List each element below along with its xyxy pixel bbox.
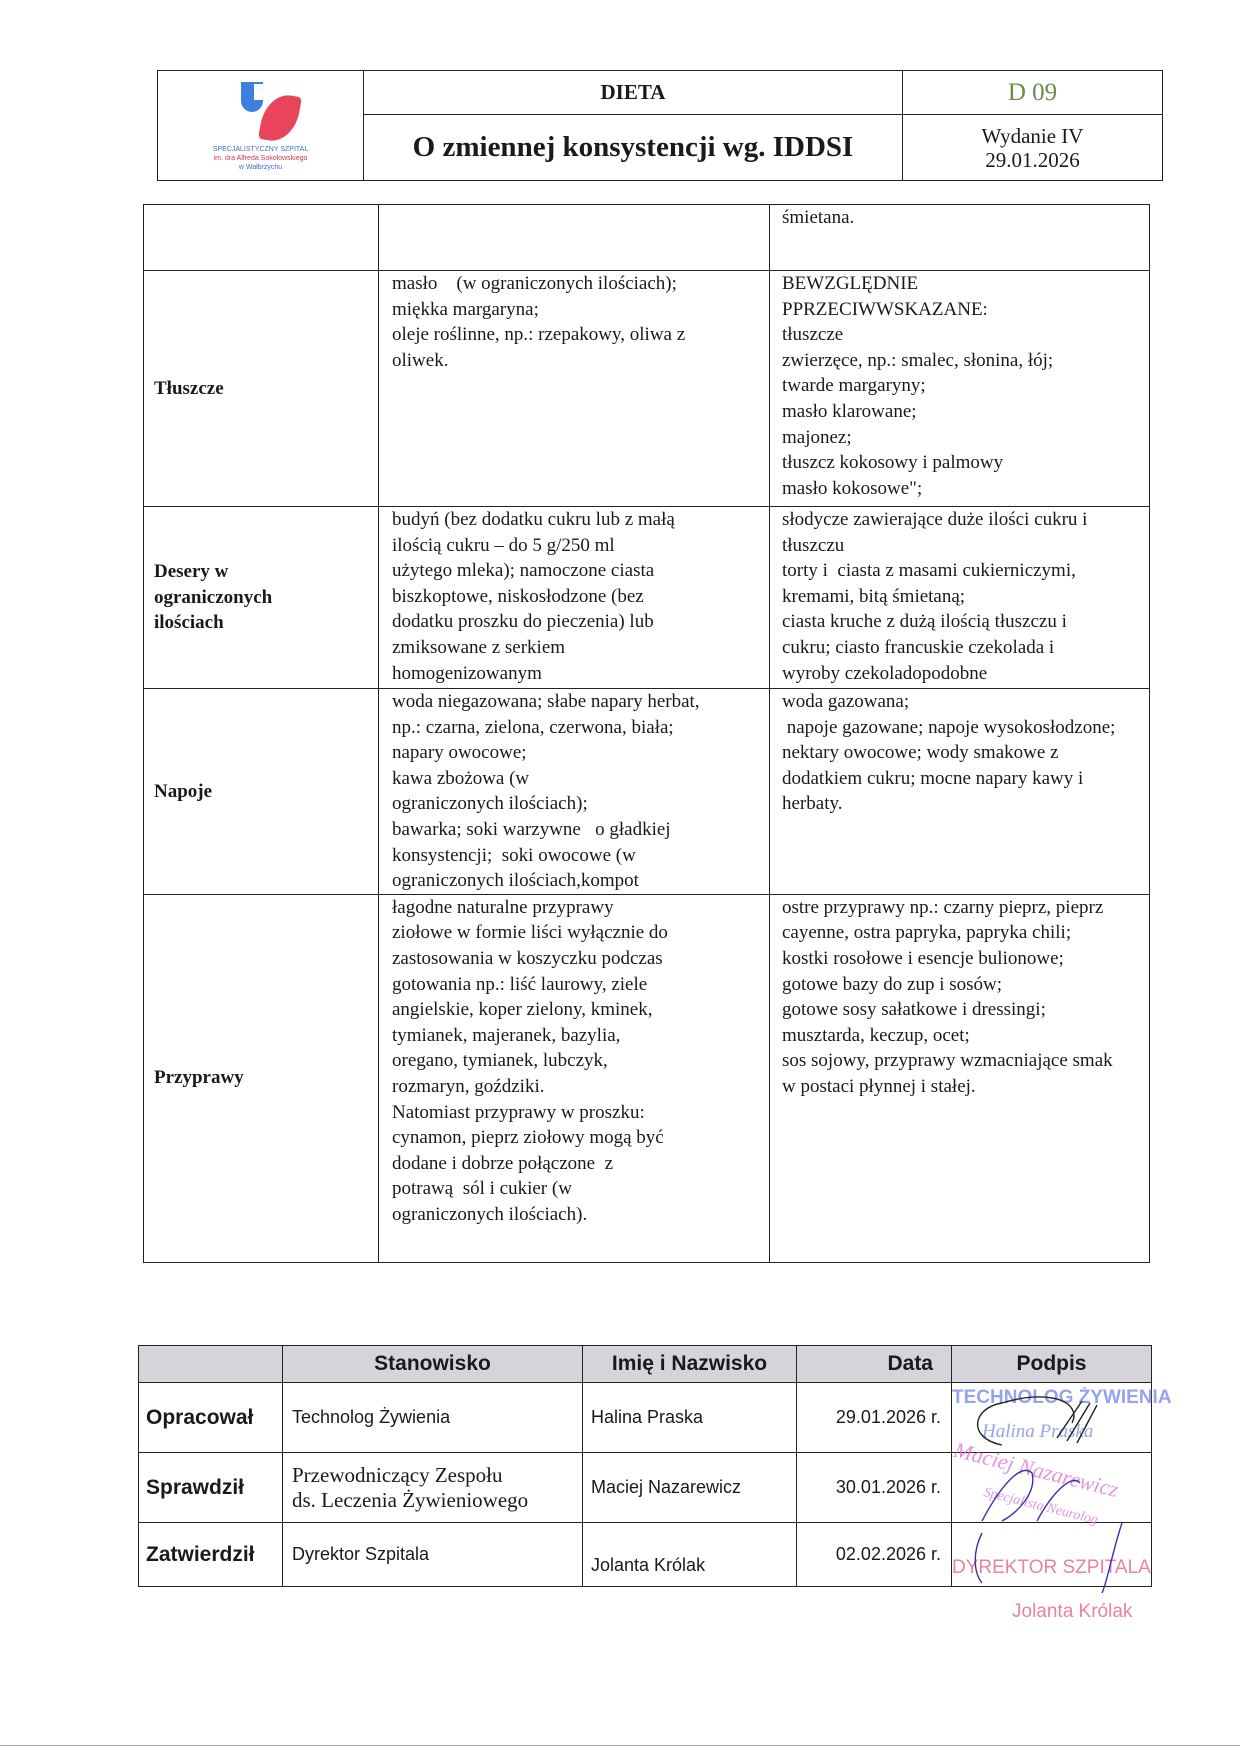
food-category: Przyprawy bbox=[144, 894, 379, 1262]
document-title: O zmiennej konsystencji wg. IDDSI bbox=[364, 115, 903, 181]
recommended-foods bbox=[379, 205, 770, 271]
text-line: masło (w ograniczonych ilościach); bbox=[392, 271, 769, 297]
text-line: tłuszcze bbox=[782, 322, 1143, 348]
text-line: gotowe sosy sałatkowe i dressingi; bbox=[782, 997, 1143, 1023]
text-line: oliwek. bbox=[392, 348, 769, 374]
text-line: cukru; ciasto francuskie czekolada i bbox=[782, 635, 1143, 661]
document-code: D 09 bbox=[903, 71, 1163, 115]
text-line: cayenne, ostra papryka, papryka chili; bbox=[782, 920, 1143, 946]
approver-position: Dyrektor Szpitala bbox=[283, 1523, 583, 1587]
text-line: twarde margaryny; bbox=[782, 373, 1143, 399]
text-line: zwierzęce, np.: smalec, słonina, łój; bbox=[782, 348, 1143, 374]
text-line: torty i ciasta z masami cukierniczymi, bbox=[782, 558, 1143, 584]
text-line: rozmaryn, goździki. bbox=[392, 1074, 769, 1100]
text-line: kawa zbożowa (w bbox=[392, 766, 769, 792]
text-line: ostre przyprawy np.: czarny pieprz, piep… bbox=[782, 895, 1143, 921]
text-line: kostki rosołowe i esencje bulionowe; bbox=[782, 946, 1143, 972]
text-line: sos sojowy, przyprawy wzmacniające smak bbox=[782, 1048, 1143, 1074]
column-header: Podpis bbox=[952, 1346, 1152, 1383]
text-line: woda niegazowana; słabe napary herbat, bbox=[392, 689, 769, 715]
text-line: gotowe bazy do zup i sosów; bbox=[782, 972, 1143, 998]
signature-stamp: DYREKTOR SZPITALAJolanta Królak bbox=[952, 1523, 1152, 1587]
recommended-foods: woda niegazowana; słabe napary herbat,np… bbox=[379, 689, 770, 895]
text-line: wyroby czekoladopodobne bbox=[782, 661, 1143, 687]
column-header: Stanowisko bbox=[283, 1346, 583, 1383]
food-category bbox=[144, 205, 379, 271]
category-line: Przyprawy bbox=[154, 1065, 368, 1091]
text-line: gotowania np.: liść laurowy, ziele bbox=[392, 972, 769, 998]
category-line: Tłuszcze bbox=[154, 376, 368, 402]
document-header: SPECJALISTYCZNY SZPITAL im. dra Alfreda … bbox=[157, 70, 1163, 181]
handwritten-signature-icon bbox=[962, 1453, 1142, 1523]
approval-row: OpracowałTechnolog ŻywieniaHalina Praska… bbox=[139, 1383, 1152, 1453]
text-line: tłuszcz kokosowy i palmowy bbox=[782, 450, 1143, 476]
text-line: ograniczonych ilościach); bbox=[392, 791, 769, 817]
text-line: śmietana. bbox=[782, 205, 1143, 231]
contraindicated-foods: śmietana. bbox=[770, 205, 1150, 271]
text-line: słodycze zawierające duże ilości cukru i bbox=[782, 507, 1143, 533]
approval-date: 29.01.2026 r. bbox=[797, 1383, 952, 1453]
approver-position: Przewodniczący Zespołuds. Leczenia Żywie… bbox=[283, 1453, 583, 1523]
contraindicated-foods: BEWZGLĘDNIEPPRZECIWWSKAZANE:tłuszczezwie… bbox=[770, 271, 1150, 507]
diet-table: śmietana.Tłuszczemasło (w ograniczonych … bbox=[143, 204, 1150, 1263]
text-line: ilością cukru – do 5 g/250 ml bbox=[392, 533, 769, 559]
edition-label: Wydanie IV bbox=[903, 124, 1162, 148]
category-line: ilościach bbox=[154, 610, 368, 636]
food-category: Desery wograniczonychilościach bbox=[144, 507, 379, 689]
contraindicated-foods: słodycze zawierające duże ilości cukru i… bbox=[770, 507, 1150, 689]
logo-cell: SPECJALISTYCZNY SZPITAL im. dra Alfreda … bbox=[158, 71, 364, 181]
approver-name: Jolanta Królak bbox=[583, 1523, 797, 1587]
text-line: tymianek, majeranek, bazylia, bbox=[392, 1023, 769, 1049]
text-line: zastosowania w koszyczku podczas bbox=[392, 946, 769, 972]
category-line: ograniczonych bbox=[154, 585, 368, 611]
approver-position: Technolog Żywienia bbox=[283, 1383, 583, 1453]
category-line: Desery w bbox=[154, 559, 368, 585]
logo-line-1: SPECJALISTYCZNY SZPITAL bbox=[166, 146, 356, 153]
text-line: musztarda, keczup, ocet; bbox=[782, 1023, 1143, 1049]
food-category: Tłuszcze bbox=[144, 271, 379, 507]
handwritten-signature-icon bbox=[962, 1523, 1142, 1593]
text-line: PPRZECIWWSKAZANE: bbox=[782, 297, 1143, 323]
diet-row: Napojewoda niegazowana; słabe napary her… bbox=[144, 689, 1150, 895]
column-header bbox=[139, 1346, 283, 1383]
text-line: dodatku proszku do pieczenia) lub bbox=[392, 609, 769, 635]
approval-role: Opracował bbox=[139, 1383, 283, 1453]
column-header: Imię i Nazwisko bbox=[583, 1346, 797, 1383]
contraindicated-foods: ostre przyprawy np.: czarny pieprz, piep… bbox=[770, 894, 1150, 1262]
text-line: nektary owocowe; wody smakowe z bbox=[782, 740, 1143, 766]
diet-row: Tłuszczemasło (w ograniczonych ilościach… bbox=[144, 271, 1150, 507]
text-line: np.: czarna, zielona, czerwona, biała; bbox=[392, 715, 769, 741]
approver-name: Halina Praska bbox=[583, 1383, 797, 1453]
edition-info: Wydanie IV 29.01.2026 bbox=[903, 115, 1163, 181]
text-line: homogenizowanym bbox=[392, 661, 769, 687]
text-line: potrawą sól i cukier (w bbox=[392, 1176, 769, 1202]
recommended-foods: masło (w ograniczonych ilościach);miękka… bbox=[379, 271, 770, 507]
text-line: BEWZGLĘDNIE bbox=[782, 271, 1143, 297]
recommended-foods: łagodne naturalne przyprawyziołowe w for… bbox=[379, 894, 770, 1262]
text-line: woda gazowana; bbox=[782, 689, 1143, 715]
text-line: użytego mleka); namoczone ciasta bbox=[392, 558, 769, 584]
contraindicated-foods: woda gazowana; napoje gazowane; napoje w… bbox=[770, 689, 1150, 895]
approval-row: ZatwierdziłDyrektor SzpitalaJolanta Król… bbox=[139, 1523, 1152, 1587]
category-line: Napoje bbox=[154, 779, 368, 805]
approval-date: 30.01.2026 r. bbox=[797, 1453, 952, 1523]
text-line: cynamon, pieprz ziołowy mogą być bbox=[392, 1125, 769, 1151]
text-line: ograniczonych ilościach,kompot bbox=[392, 868, 769, 894]
text-line: tłuszczu bbox=[782, 533, 1143, 559]
text-line: bawarka; soki warzywne o gładkiej bbox=[392, 817, 769, 843]
logo-line-2: im. dra Alfreda Sokołowskiego bbox=[166, 155, 356, 162]
text-line: biszkoptowe, niskosłodzone (bez bbox=[392, 584, 769, 610]
hospital-logo-icon: SPECJALISTYCZNY SZPITAL im. dra Alfreda … bbox=[166, 76, 356, 176]
text-line: miękka margaryna; bbox=[392, 297, 769, 323]
stamp-text: Jolanta Królak bbox=[1012, 1601, 1132, 1623]
diet-row: Desery wograniczonychilościachbudyń (bez… bbox=[144, 507, 1150, 689]
text-line: kremami, bitą śmietaną; bbox=[782, 584, 1143, 610]
text-line: dodane i dobrze połączone z bbox=[392, 1151, 769, 1177]
text-line: napary owocowe; bbox=[392, 740, 769, 766]
text-line: napoje gazowane; napoje wysokosłodzone; bbox=[782, 715, 1143, 741]
diet-row: śmietana. bbox=[144, 205, 1150, 271]
approval-table: StanowiskoImię i NazwiskoDataPodpis Opra… bbox=[138, 1345, 1152, 1587]
text-line: konsystencji; soki owocowe (w bbox=[392, 843, 769, 869]
logo-line-3: w Wałbrzychu bbox=[166, 164, 356, 171]
text-line: Natomiast przyprawy w proszku: bbox=[392, 1100, 769, 1126]
text-line: ziołowe w formie liści wyłącznie do bbox=[392, 920, 769, 946]
recommended-foods: budyń (bez dodatku cukru lub z małąilośc… bbox=[379, 507, 770, 689]
signature-stamp: Maciej NazarewiczSpecjalista Neurolog bbox=[952, 1453, 1152, 1523]
edition-date: 29.01.2026 bbox=[903, 148, 1162, 172]
text-line: budyń (bez dodatku cukru lub z małą bbox=[392, 507, 769, 533]
approval-date: 02.02.2026 r. bbox=[797, 1523, 952, 1587]
handwritten-signature-icon bbox=[962, 1383, 1142, 1453]
text-line: oregano, tymianek, lubczyk, bbox=[392, 1048, 769, 1074]
text-line: herbaty. bbox=[782, 791, 1143, 817]
text-line: zmiksowane z serkiem bbox=[392, 635, 769, 661]
text-line: masło klarowane; bbox=[782, 399, 1143, 425]
text-line: dodatkiem cukru; mocne napary kawy i bbox=[782, 766, 1143, 792]
text-line: w postaci płynnej i stałej. bbox=[782, 1074, 1143, 1100]
approval-role: Sprawdził bbox=[139, 1453, 283, 1523]
approval-row: SprawdziłPrzewodniczący Zespołuds. Lecze… bbox=[139, 1453, 1152, 1523]
food-category: Napoje bbox=[144, 689, 379, 895]
text-line: ograniczonych ilościach). bbox=[392, 1202, 769, 1228]
text-line: ciasta kruche z dużą ilością tłuszczu i bbox=[782, 609, 1143, 635]
text-line: angielskie, koper zielony, kminek, bbox=[392, 997, 769, 1023]
diet-row: Przyprawyłagodne naturalne przyprawyzioł… bbox=[144, 894, 1150, 1262]
page-bottom-divider bbox=[0, 1745, 1240, 1746]
text-line: oleje roślinne, np.: rzepakowy, oliwa z bbox=[392, 322, 769, 348]
approval-role: Zatwierdził bbox=[139, 1523, 283, 1587]
text-line: majonez; bbox=[782, 425, 1143, 451]
approver-name: Maciej Nazarewicz bbox=[583, 1453, 797, 1523]
column-header: Data bbox=[797, 1346, 952, 1383]
text-line: łagodne naturalne przyprawy bbox=[392, 895, 769, 921]
text-line: masło kokosowe"; bbox=[782, 476, 1143, 502]
document-category: DIETA bbox=[364, 71, 903, 115]
